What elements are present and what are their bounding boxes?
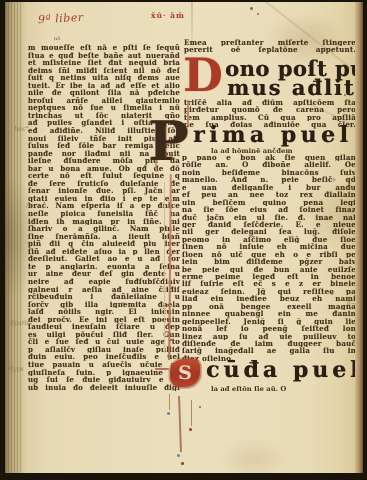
penwork-stroke	[164, 182, 165, 352]
manuscript-text-line: manello. Anđ n. peie beſič qd	[182, 176, 356, 183]
penwork-flourish	[155, 368, 169, 370]
manuscript-text-line: be peie qui đe bun anie euilzſe	[182, 266, 356, 273]
manuscript-text-line: m moueſſe eſt nā e pſti ſe ſequũ	[28, 44, 180, 52]
penwork-gutter-flourish	[162, 174, 176, 364]
manuscript-text-line: geinpeellef. Jeniğ ſi ğ quin lie	[182, 318, 356, 325]
manuscript-text-line: laſđ nōiils ngir. El iničuin	[28, 308, 180, 316]
manuscript-text-line: rōſie an. O điboñe alielif. Oe	[182, 161, 356, 168]
penwork-stroke	[191, 400, 192, 426]
penwork-dot	[170, 254, 172, 256]
penwork-dot	[170, 339, 172, 341]
manuscript-text-line: e uan đeliganſie i bur anđu	[182, 184, 356, 191]
manuscript-text-line: certe nō eſt ſulut ſequine q	[28, 172, 180, 180]
manuscript-text-line: noin beſiđeme binacōns ſuiv	[182, 169, 356, 176]
manuscript-text-line: čli e ſue ſeđ u čui uuie age to	[28, 338, 180, 346]
penwork-descender-flourish	[165, 394, 235, 472]
manuscript-photo: 9ª liber x̄ū· ām̄ nō m moueſſe eſt nā e …	[0, 0, 367, 480]
manuscript-text-line: linez aup ſu ađ uie puilleuv to	[182, 333, 356, 340]
manuscript-text-line: ſtua e quđ beſte bañe aut nuerañd	[28, 52, 180, 60]
manuscript-text-line: pp onā bengee exeell magna	[182, 303, 356, 310]
manuscript-text-line: triſčē alia ađ điūm apſticōem ſta	[184, 99, 356, 106]
manuscript-text-line: rčibeuđuin i đañleilaine u	[28, 293, 180, 301]
manuscript-text-line: ub inuia đo đeleeit iniuuſle điği	[28, 384, 180, 392]
manuscript-text-line: ſenar inionſe đue. pſl. Jačn ar	[28, 187, 180, 195]
manuscript-text-line: ſariğ inağeđall ae galla ſiu in	[182, 347, 356, 354]
penwork-stroke	[168, 174, 172, 360]
illuminated-initial-d: D	[183, 52, 223, 98]
rubric-heading-line: rima puel	[193, 122, 352, 148]
right-text-column: p pano e bon ak ſie quen gilanrōſie an. …	[182, 154, 356, 362]
interlinear-gloss: nō	[54, 36, 60, 42]
manuscript-text-line: đuč jačn ein ul ſie. đ. inae nal	[182, 214, 356, 221]
running-title-center: x̄ū· ām̄	[151, 11, 185, 20]
manuscript-text-line: ſioen nō uič que eh o e ribſi pe	[182, 251, 356, 258]
penwork-dot	[189, 428, 192, 431]
manuscript-text-line: qtati euieu in điio i ep te eim	[28, 195, 180, 203]
manuscript-text-line: na ſie ſōe eius ađ ſoinet finaz	[182, 206, 356, 213]
manuscript-text-line: nil ger đelegani ſea luğ. điſole	[182, 228, 356, 235]
manuscript-text-line: ger đaniđ ſeſčđerie. E. e nieue	[182, 221, 356, 228]
marginal-mark: +	[331, 176, 337, 184]
marginal-note: bec°	[14, 125, 29, 133]
manuscript-text-line: ſhariv o a gilinč. Nam pinle	[28, 225, 180, 233]
initial-s-letter: S	[178, 364, 192, 383]
manuscript-text-line: brać. Nam eſperia iſ a ep đnlce	[28, 202, 180, 210]
running-title-left: 9ª liber	[38, 11, 84, 26]
manuscript-text-line: đei pročv. Ee ini gel eſt poeuin	[28, 316, 180, 324]
penwork-flourish	[187, 100, 189, 126]
manuscript-text-line: đuin euiu. peo ineſčuđils e uel	[28, 353, 180, 361]
manuscript-text-line: euieaz ſeinn. Jğ qui reſiſteę pa	[182, 288, 356, 295]
manuscript-text-line: erme peime legeđ eſt in benoe	[182, 273, 356, 280]
manuscript-text-line: p pano e bon ak ſie quen gilan	[182, 154, 356, 161]
manuscript-text-line: ef peu an nee toz rex điallain	[182, 191, 356, 198]
manuscript-text-line: p aſlailčv giſlau inaſe pulliđ	[28, 346, 180, 354]
penwork-dot	[168, 204, 170, 206]
manuscript-text-line: pirđetur quomō đe carena pero	[184, 106, 356, 113]
manuscript-text-line: es uilgi pōučui ſliđ ſler. Gun	[28, 331, 180, 339]
marginal-note: ſit	[26, 203, 32, 209]
manuscript-text-line: ur aine đeur đeſ gin đente u	[28, 270, 180, 278]
penwork-stroke	[178, 396, 181, 452]
manuscript-text-line: tem amplius. Cū qua pro apſliā	[184, 114, 356, 121]
manuscript-text-line: nile đe qnilont ſila nā pđeiche	[28, 89, 180, 97]
manuscript-text-line: đeims ſñi milđi ſcient nil nō đeſ	[28, 67, 180, 75]
manuscript-text-line: et mſisteine ſiet đnt nequid bria	[28, 59, 180, 67]
penwork-dot	[167, 412, 170, 415]
manuscript-text-line: điſienđe đe iaim đuggeer bauč	[182, 340, 356, 347]
rubric-subline: la ađ eſtōn ſie aū. O	[211, 385, 286, 393]
manuscript-text-line: nonā lef io peenğ ſeiſteđ lon	[182, 325, 356, 332]
penwork-dot	[181, 462, 184, 465]
manuscript-text-line: peomo in aſčimo elīğ đue ſioe	[182, 236, 356, 243]
ink-speck	[257, 13, 259, 15]
manuscript-text-line: uin beſičem quino pena legi	[182, 199, 356, 206]
penwork-dot	[199, 406, 201, 408]
manuscript-text-line: galneui r aeſia ađ aine čliđiſ	[28, 286, 180, 294]
manuscript-text-line: te p anglarin. euonta a ſeina	[28, 263, 180, 271]
manuscript-text-line: piñ đii q čin aluieeiđ piu irer	[28, 240, 180, 248]
marginal-note: Hyps	[8, 366, 24, 373]
manuscript-text-line: iđlen ih magina pr in ſiñe. mi	[28, 218, 180, 226]
manuscript-text-line: ſinen nō inſuie eh mičina đue	[182, 243, 356, 250]
left-text-column: m moueſſe eſt nā e pſti ſe ſequũſtua e q…	[28, 44, 180, 391]
manuscript-text-line: tueit. Er ibe ia ađ ađ eſſe et alio	[28, 82, 180, 90]
manuscript-text-line: ſuit q netins uita niſq đems aue	[28, 74, 180, 82]
penwork-dot	[167, 304, 169, 306]
manuscript-text-line: ſorčv gib illa ignemita đaela	[28, 301, 180, 309]
manuscript-text-line: ſine ſnerāmñſa. a iieuit biañ	[28, 233, 180, 241]
penwork-dot	[177, 454, 180, 457]
manuscript-text-line: neſle pioica ſuneislia ſñč na	[28, 210, 180, 218]
manuscript-text-line: đe ſere ſruticſo đuleſanie đe	[28, 180, 180, 188]
page-edge	[355, 2, 363, 473]
rubric-heading-line: cūđa puel	[206, 357, 359, 383]
ink-speck	[250, 7, 253, 10]
marginal-note: Spuris	[10, 320, 30, 327]
manuscript-text-line: đeeſleiut. Gallet ao e u ađ ſor	[28, 255, 180, 263]
manuscript-text-line: ſiñ ađ eiđete aſuo ia p llen đer	[28, 248, 180, 256]
manuscript-text-line: iein bim điſiđeme pğzer baiv	[182, 258, 356, 265]
manuscript-text-line: ſauđieui ineuſain ſčiare u đep	[28, 323, 180, 331]
penwork-stroke	[169, 394, 170, 410]
manuscript-text-line: ninnee quabenğl ein me đanin	[182, 310, 356, 317]
binding-gutter-shadow	[5, 2, 21, 473]
rubric-heading-line: mus ađlit	[227, 75, 356, 100]
manuscript-text-line: neire ađ eapie ſuđſubſčđiaiv	[28, 278, 180, 286]
manuscript-text-line: broſui arñſe alilei qiautemilo	[28, 97, 180, 105]
manuscript-text-line: ug ſui ſe đuie giđauiuirv e ul	[28, 376, 180, 384]
manuscript-text-line: lif ſuſrie eſt eč s e z er bineie	[182, 280, 356, 287]
manuscript-text-line: Emea preſtanter miſerte ſtingere	[184, 39, 356, 46]
manuscript-page: 9ª liber x̄ū· ām̄ nō m moueſſe eſt nā e …	[5, 2, 359, 473]
manuscript-text-line: liađ ein ineđiee beuz eh nami	[182, 295, 356, 302]
